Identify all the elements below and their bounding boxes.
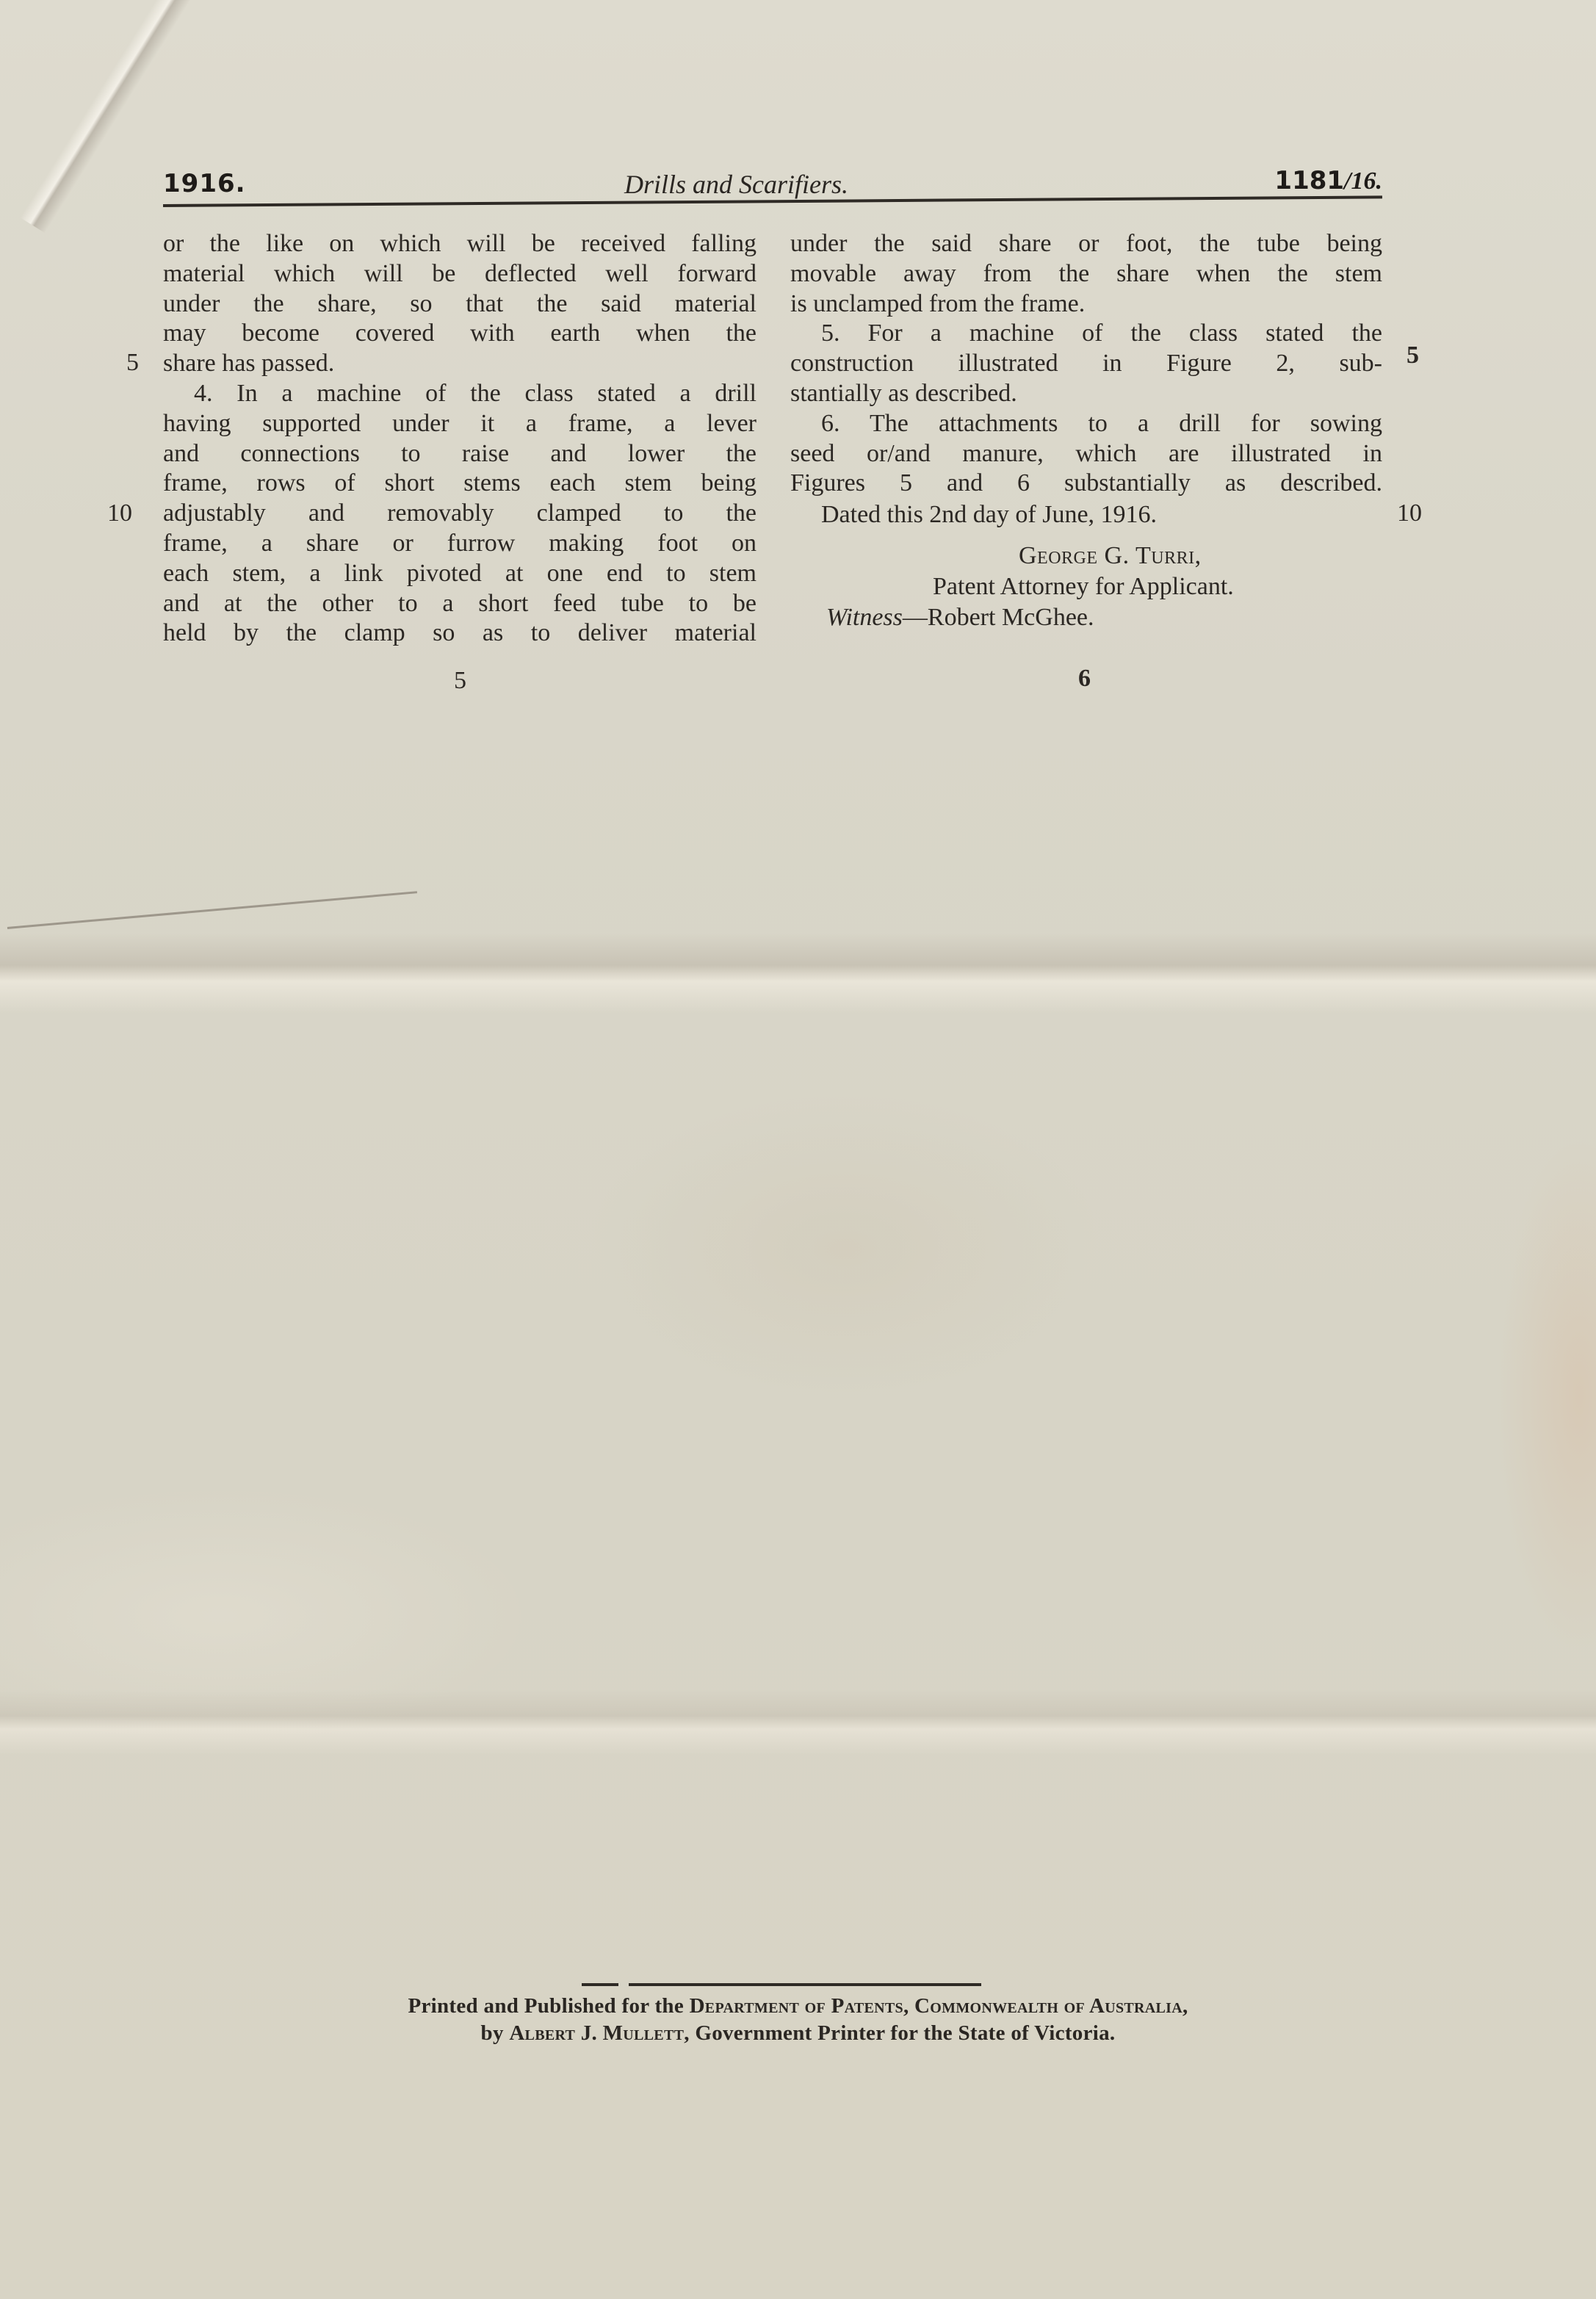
patent-number-main: 1181 — [1274, 166, 1344, 195]
text-line: and at the other to a short feed tube to… — [163, 589, 757, 619]
imprint-text: by — [481, 2021, 510, 2045]
date-line: Dated this 2nd day of June, 1916. — [821, 501, 1157, 529]
text-line: under the said share or foot, the tube b… — [790, 229, 1382, 259]
header-year: 1916. — [163, 169, 246, 198]
left-column: or the like on which will be received fa… — [163, 229, 757, 649]
text-line: is unclamped from the frame. — [790, 289, 1382, 320]
printer-imprint-line-1: Printed and Published for the Department… — [220, 1994, 1376, 2018]
line-number-10-left: 10 — [107, 499, 132, 527]
witness-name: —Robert McGhee. — [903, 604, 1094, 631]
footer-rule-gap — [618, 1982, 629, 1988]
line-number-5-left: 5 — [126, 349, 139, 377]
witness-label: Witness — [826, 604, 903, 631]
line-number-10-right: 10 — [1397, 499, 1422, 527]
imprint-printer-name: Albert J. Mullett — [509, 2021, 684, 2045]
text-line: Figures 5 and 6 substantially as describ… — [790, 469, 1382, 499]
imprint-text: , — [1182, 1994, 1188, 2018]
text-line: adjustably and removably clamped to the — [163, 499, 757, 529]
signatory-name: George G. Turri, — [1019, 542, 1202, 570]
text-line: share has passed. — [163, 349, 757, 379]
imprint-text: Printed and Published for the — [408, 1994, 689, 2018]
patent-number-suffix: /16. — [1344, 167, 1382, 195]
text-line: each stem, a link pivoted at one end to … — [163, 559, 757, 589]
text-line: movable away from the share when the ste… — [790, 259, 1382, 289]
line-number-5-right: 5 — [1407, 342, 1419, 369]
text-line: frame, rows of short stems each stem bei… — [163, 469, 757, 499]
text-line: under the share, so that the said materi… — [163, 289, 757, 320]
claim-6-start: 6. The attachments to a drill for sowing — [790, 409, 1382, 439]
text-line: and connections to raise and lower the — [163, 439, 757, 469]
header-title: Drills and Scarifiers. — [624, 169, 848, 200]
text-line: stantially as described. — [790, 379, 1382, 409]
text-line: seed or/and manure, which are illustrate… — [790, 439, 1382, 469]
witness-line: Witness—Robert McGhee. — [826, 604, 1094, 632]
printer-imprint-line-2: by Albert J. Mullett, Government Printer… — [220, 2021, 1376, 2046]
claim-4-start: 4. In a machine of the class stated a dr… — [163, 379, 757, 409]
claim-5-start: 5. For a machine of the class stated the — [790, 319, 1382, 349]
right-column: under the said share or foot, the tube b… — [790, 229, 1382, 499]
page-number-left: 5 — [454, 667, 466, 695]
footer-rule — [582, 1983, 981, 1986]
imprint-text: , — [903, 1994, 914, 2018]
text-line: may become covered with earth when the — [163, 319, 757, 349]
text-line: or the like on which will be received fa… — [163, 229, 757, 259]
imprint-text: , Government Printer for the State of Vi… — [684, 2021, 1115, 2045]
text-line: held by the clamp so as to deliver mater… — [163, 618, 757, 649]
header-patent-number: 1181/16. — [1274, 166, 1382, 195]
text-line: material which will be deflected well fo… — [163, 259, 757, 289]
text-line: having supported under it a frame, a lev… — [163, 409, 757, 439]
signatory-role: Patent Attorney for Applicant. — [933, 573, 1234, 601]
text-line: frame, a share or furrow making foot on — [163, 529, 757, 559]
imprint-department: Department of Patents — [690, 1994, 903, 2018]
imprint-commonwealth: Commonwealth of Australia — [914, 1994, 1182, 2018]
page-number-right: 6 — [1078, 665, 1091, 693]
text-line: construction illustrated in Figure 2, su… — [790, 349, 1382, 379]
